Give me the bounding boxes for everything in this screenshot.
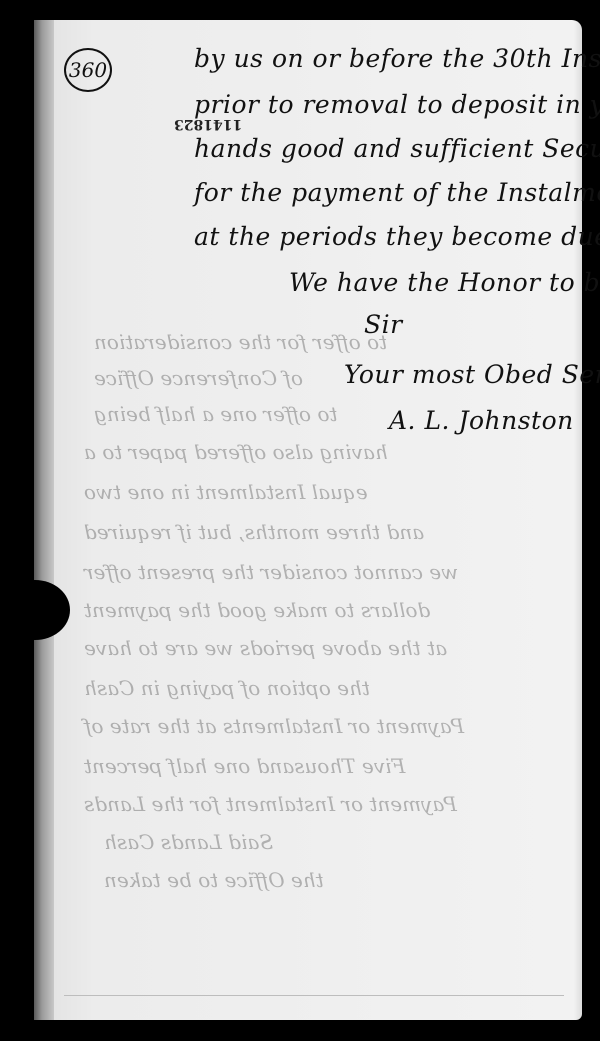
bleed-through-line: to offer for the consideration	[94, 330, 387, 354]
bleed-through-line: the Office to be taken	[104, 868, 324, 892]
bleed-through-line: Said Lands Cash	[104, 830, 273, 854]
bleed-through-line: having also offered paper to a	[84, 440, 388, 464]
letter-line: for the payment of the Instalment	[194, 178, 600, 207]
bleed-through-line: Payment or Instalment for the Lands	[84, 792, 457, 816]
letter-line: by us on or before the 30th Instant	[194, 44, 600, 73]
salutation: Sir	[364, 310, 403, 339]
bleed-through-line: of Conference Office	[94, 366, 303, 390]
manuscript-page: 360 1141823 to offer for the considerati…	[34, 20, 582, 1020]
bleed-through-line: dollars to make good the payment	[84, 598, 430, 622]
page-edge-rule	[64, 995, 564, 996]
bleed-through-line: Payment or Instalments at the rate of	[84, 714, 464, 738]
bleed-through-line: the option of paying in Cash	[84, 676, 370, 700]
letter-line: prior to removal to deposit in yo	[194, 90, 600, 119]
bleed-through-line: to offer one a half being	[94, 402, 337, 426]
closing-line: We have the Honor to be	[289, 268, 600, 297]
bleed-through-line: at the above periods we are to have	[84, 636, 447, 660]
signature: A. L. Johnston	[389, 406, 574, 435]
valediction: Your most Obed Servant	[344, 360, 600, 389]
binding-spine	[34, 20, 54, 1020]
bleed-through-line: equal Instalment in one two	[84, 480, 368, 504]
bleed-through-line: Five Thousand one half percent	[84, 754, 405, 778]
bleed-through-line: we cannot consider the present offer	[84, 560, 458, 584]
bleed-through-line: and three months, but if required	[84, 520, 424, 544]
folio-number: 360	[64, 48, 112, 92]
ink-blot	[0, 580, 70, 640]
letter-line: hands good and sufficient Secur	[194, 134, 600, 163]
letter-line: at the periods they become due.	[194, 222, 600, 251]
